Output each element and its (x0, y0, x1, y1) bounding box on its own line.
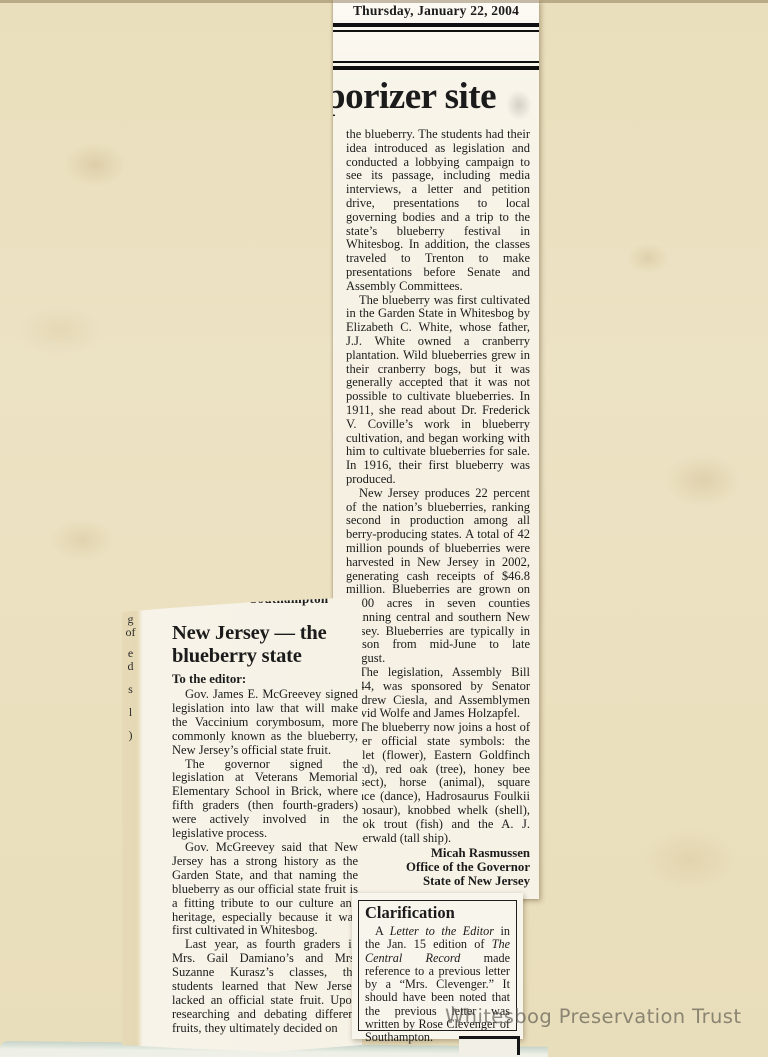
article-paragraph: The legislation, Assembly Bill 3344, was… (346, 666, 530, 721)
letter-paragraph: Gov. McGreevey said that New Jersey has … (172, 841, 358, 938)
article-paragraph: the blueberry. The students had their id… (346, 128, 530, 294)
byline-author: Micah Rasmussen (346, 846, 530, 860)
torn-edge-text: g of e d s l ) (122, 613, 139, 742)
letter-clipping: g of e d s l ) Southampton New Jersey — … (122, 596, 362, 1052)
letter-headline: New Jersey — the blueberry state (172, 622, 358, 668)
masthead-rule-thick (333, 23, 539, 27)
cutoff-word-fragment: Southampton (250, 596, 328, 607)
letter-paragraph: The governor signed the legislation at V… (172, 758, 358, 841)
edge-letter: d (122, 660, 139, 673)
article-paragraph: New Jersey produces 22 percent of the na… (346, 487, 530, 666)
letter-paragraph: Gov. James E. McGreevey signed legislati… (172, 688, 358, 758)
masthead-rule-thin-2 (333, 61, 539, 63)
masthead-rule-thick-2 (333, 66, 539, 70)
edge-letter: s (122, 683, 139, 696)
letter-paragraph: Last year, as fourth graders in Mrs. Gai… (172, 938, 358, 1035)
main-newspaper-clipping: Thursday, January 22, 2004 porizer site … (333, 0, 539, 899)
article-paragraph: The blueberry was first cultivated in th… (346, 294, 530, 487)
scanned-archive-page: Thursday, January 22, 2004 porizer site … (0, 0, 768, 1057)
article-body: the blueberry. The students had their id… (333, 118, 539, 888)
masthead-gap (333, 32, 539, 61)
byline-state: State of New Jersey (346, 874, 530, 888)
edge-letter: l (122, 706, 139, 719)
clarification-title: Clarification (365, 903, 510, 923)
letter-salutation: To the editor: (172, 672, 358, 687)
edge-letter: of (122, 626, 139, 639)
letter-content: New Jersey — the blueberry state To the … (172, 622, 358, 1036)
paper-smudge (501, 84, 537, 126)
edge-letter: ) (122, 729, 139, 742)
byline-office: Office of the Governor (346, 860, 530, 874)
article-byline: Micah Rasmussen Office of the Governor S… (346, 846, 530, 888)
article-paragraph: The blueberry now joins a host of other … (346, 721, 530, 845)
letter-body: Gov. James E. McGreevey signed legislati… (172, 688, 358, 1036)
clipping-corner-fragment (459, 1036, 520, 1055)
watermark: Whitesbog Preservation Trust (445, 1005, 741, 1028)
newspaper-date: Thursday, January 22, 2004 (333, 2, 539, 19)
